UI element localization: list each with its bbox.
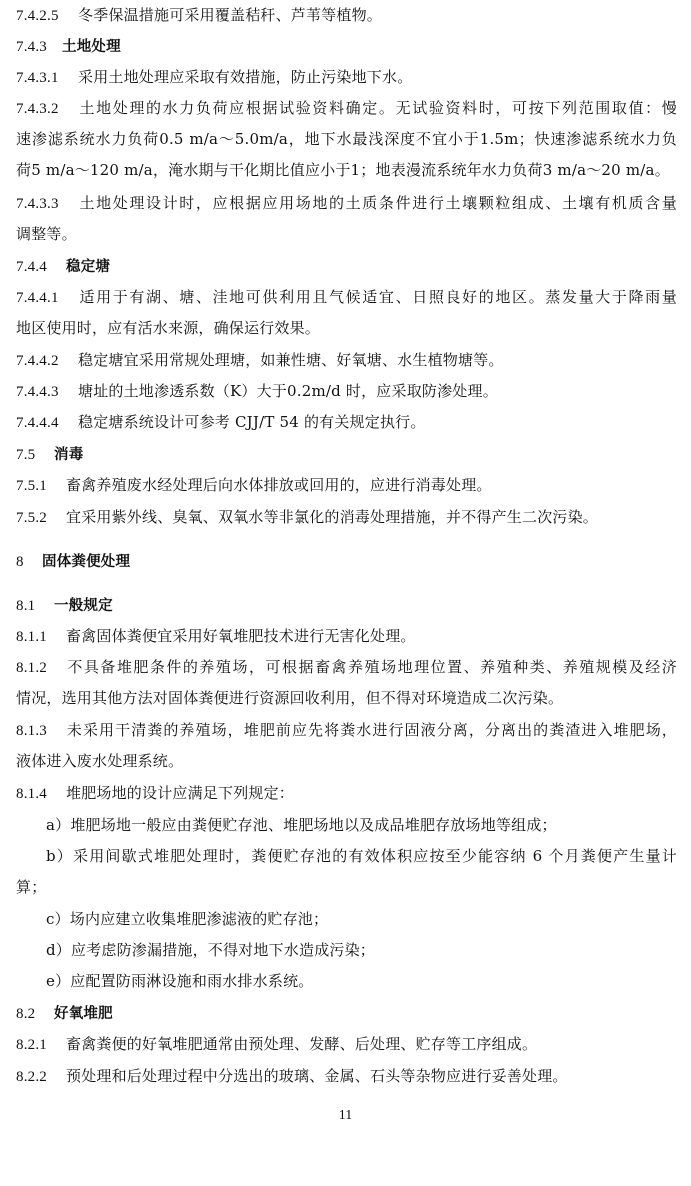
clause-8-1-3: 8.1.3未采用干清粪的养殖场，堆肥前应先将粪水进行固液分离，分离出的粪渣进入堆… [16, 720, 677, 741]
clause-text: 不具备堆肥条件的养殖场，可根据畜禽养殖场地理位置、养殖种类、养殖规模及经济 [66, 658, 677, 676]
clause-7-4-4-2: 7.4.4.2稳定塘宜采用常规处理塘，如兼性塘、好氧塘、水生植物塘等。 [16, 350, 677, 371]
clause-continuation: 情况，选用其他方法对固体粪便进行资源回收利用，但不得对环境造成二次污染。 [16, 688, 677, 708]
clause-number: 7.4.4.4 [16, 413, 78, 433]
list-item-text: c）场内应建立收集堆肥渗滤液的贮存池； [46, 910, 328, 928]
clause-7-5-2: 7.5.2宜采用紫外线、臭氧、双氧水等非氯化的消毒处理措施，并不得产生二次污染。 [16, 507, 677, 528]
section-heading-8-2: 8.2好氧堆肥 [16, 1003, 677, 1024]
list-item-text: a）堆肥场地一般应由粪便贮存池、堆肥场地以及成品堆肥存放场地等组成； [46, 816, 557, 834]
section-number: 7.4.4 [16, 257, 66, 277]
clause-number: 7.5.2 [16, 508, 66, 528]
clause-7-4-3-3: 7.4.3.3土地处理设计时，应根据应用场地的土质条件进行土壤颗粒组成、土壤有机… [16, 193, 677, 214]
chapter-number: 8 [16, 552, 42, 572]
clause-7-4-4-3: 7.4.4.3塘址的土地渗透系数（K）大于0.2m/d 时，应采取防渗处理。 [16, 381, 677, 402]
page-number: 11 [0, 1108, 691, 1124]
clause-text: 稳定塘宜采用常规处理塘，如兼性塘、好氧塘、水生植物塘等。 [78, 351, 504, 369]
clause-number: 7.4.3.2 [16, 99, 78, 119]
list-item-text: e）应配置防雨淋设施和雨水排水系统。 [46, 972, 313, 990]
section-title: 好氧堆肥 [54, 1006, 113, 1022]
clause-continuation: 荷5 m/a～120 m/a，淹水期与干化期比值应小于1；地表漫流系统年水力负荷… [16, 160, 677, 180]
clause-text: 速渗滤系统水力负荷0.5 m/a～5.0m/a，地下水最浅深度不宜小于1.5m；… [16, 130, 677, 148]
clause-number: 8.1.1 [16, 627, 66, 647]
section-number: 8.2 [16, 1004, 54, 1024]
clause-continuation: 调整等。 [16, 224, 677, 244]
clause-continuation: 液体进入废水处理系统。 [16, 751, 677, 771]
clause-8-1-2: 8.1.2不具备堆肥条件的养殖场，可根据畜禽养殖场地理位置、养殖种类、养殖规模及… [16, 657, 677, 678]
list-item-text: d）应考虑防渗漏措施，不得对地下水造成污染； [46, 941, 375, 959]
clause-text: 稳定塘系统设计可参考 CJJ/T 54 的有关规定执行。 [78, 413, 426, 431]
section-heading-8-1: 8.1一般规定 [16, 595, 677, 616]
clause-text: 液体进入废水处理系统。 [16, 752, 183, 770]
clause-text: 堆肥场地的设计应满足下列规定： [66, 784, 294, 802]
section-heading-7-4-4: 7.4.4稳定塘 [16, 256, 677, 277]
list-item-c: c）场内应建立收集堆肥渗滤液的贮存池； [46, 909, 677, 929]
clause-7-4-3-2: 7.4.3.2土地处理的水力负荷应根据试验资料确定。无试验资料时，可按下列范围取… [16, 98, 677, 119]
clause-text: 土地处理设计时，应根据应用场地的土质条件进行土壤颗粒组成、土壤有机质含量 [78, 194, 677, 212]
clause-7-5-1: 7.5.1畜禽养殖废水经处理后向水体排放或回用的，应进行消毒处理。 [16, 475, 677, 496]
clause-text: 冬季保温措施可采用覆盖秸秆、芦苇等植物。 [78, 6, 382, 24]
clause-7-4-3-1: 7.4.3.1采用土地处理应采取有效措施，防止污染地下水。 [16, 67, 677, 88]
clause-number: 8.1.3 [16, 721, 66, 741]
clause-8-1-4: 8.1.4堆肥场地的设计应满足下列规定： [16, 783, 677, 804]
clause-text: 畜禽养殖废水经处理后向水体排放或回用的，应进行消毒处理。 [66, 476, 492, 494]
clause-text: 土地处理的水力负荷应根据试验资料确定。无试验资料时，可按下列范围取值：慢 [78, 99, 677, 117]
section-number: 7.4.3 [16, 37, 62, 57]
clause-number: 8.1.2 [16, 658, 66, 678]
list-item-continuation: 算； [16, 877, 677, 897]
clause-7-4-2-5: 7.4.2.5冬季保温措施可采用覆盖秸秆、芦苇等植物。 [16, 5, 677, 26]
clause-7-4-4-4: 7.4.4.4稳定塘系统设计可参考 CJJ/T 54 的有关规定执行。 [16, 412, 677, 433]
clause-text: 采用土地处理应采取有效措施，防止污染地下水。 [78, 68, 412, 86]
clause-text: 未采用干清粪的养殖场，堆肥前应先将粪水进行固液分离，分离出的粪渣进入堆肥场， [66, 721, 677, 739]
section-title: 稳定塘 [66, 259, 110, 275]
list-item-b: b）采用间歇式堆肥处理时，粪便贮存池的有效体积应按至少能容纳 6 个月粪便产生量… [46, 846, 677, 866]
list-item-text: 算； [16, 878, 46, 896]
section-heading-7-4-3: 7.4.3土地处理 [16, 36, 677, 57]
clause-number: 8.2.1 [16, 1035, 66, 1055]
clause-7-4-4-1: 7.4.4.1适用于有湖、塘、洼地可供利用且气候适宜、日照良好的地区。蒸发量大于… [16, 287, 677, 308]
clause-text: 适用于有湖、塘、洼地可供利用且气候适宜、日照良好的地区。蒸发量大于降雨量 [78, 288, 677, 306]
clause-number: 7.5.1 [16, 476, 66, 496]
section-heading-7-5: 7.5消毒 [16, 444, 677, 465]
section-title: 消毒 [54, 447, 83, 463]
clause-number: 8.2.2 [16, 1067, 66, 1087]
clause-8-2-2: 8.2.2预处理和后处理过程中分选出的玻璃、金属、石头等杂物应进行妥善处理。 [16, 1066, 677, 1087]
chapter-title: 固体粪便处理 [42, 554, 130, 570]
list-item-e: e）应配置防雨淋设施和雨水排水系统。 [46, 971, 677, 991]
section-number: 8.1 [16, 596, 54, 616]
list-item-d: d）应考虑防渗漏措施，不得对地下水造成污染； [46, 940, 677, 960]
section-title: 一般规定 [54, 598, 113, 614]
clause-text: 宜采用紫外线、臭氧、双氧水等非氯化的消毒处理措施，并不得产生二次污染。 [66, 508, 598, 526]
clause-text: 塘址的土地渗透系数（K）大于0.2m/d 时，应采取防渗处理。 [78, 382, 498, 400]
clause-text: 畜禽固体粪便宜采用好氧堆肥技术进行无害化处理。 [66, 627, 416, 645]
clause-number: 7.4.4.1 [16, 288, 78, 308]
clause-number: 8.1.4 [16, 784, 66, 804]
clause-number: 7.4.3.3 [16, 194, 78, 214]
clause-text: 荷5 m/a～120 m/a，淹水期与干化期比值应小于1；地表漫流系统年水力负荷… [16, 161, 670, 179]
section-title: 土地处理 [62, 39, 121, 55]
clause-text: 情况，选用其他方法对固体粪便进行资源回收利用，但不得对环境造成二次污染。 [16, 689, 563, 707]
clause-number: 7.4.4.2 [16, 351, 78, 371]
clause-text: 预处理和后处理过程中分选出的玻璃、金属、石头等杂物应进行妥善处理。 [66, 1067, 568, 1085]
clause-text: 地区使用时，应有活水来源，确保运行效果。 [16, 319, 320, 337]
list-item-a: a）堆肥场地一般应由粪便贮存池、堆肥场地以及成品堆肥存放场地等组成； [46, 815, 677, 835]
clause-8-2-1: 8.2.1畜禽粪便的好氧堆肥通常由预处理、发酵、后处理、贮存等工序组成。 [16, 1034, 677, 1055]
clause-number: 7.4.2.5 [16, 6, 78, 26]
clause-text: 畜禽粪便的好氧堆肥通常由预处理、发酵、后处理、贮存等工序组成。 [66, 1035, 537, 1053]
section-number: 7.5 [16, 445, 54, 465]
clause-number: 7.4.4.3 [16, 382, 78, 402]
chapter-heading-8: 8固体粪便处理 [16, 551, 677, 572]
clause-continuation: 地区使用时，应有活水来源，确保运行效果。 [16, 318, 677, 338]
clause-text: 调整等。 [16, 225, 77, 243]
clause-8-1-1: 8.1.1畜禽固体粪便宜采用好氧堆肥技术进行无害化处理。 [16, 626, 677, 647]
clause-number: 7.4.3.1 [16, 68, 78, 88]
list-item-text: b）采用间歇式堆肥处理时，粪便贮存池的有效体积应按至少能容纳 6 个月粪便产生量… [46, 847, 677, 865]
clause-continuation: 速渗滤系统水力负荷0.5 m/a～5.0m/a，地下水最浅深度不宜小于1.5m；… [16, 129, 677, 149]
